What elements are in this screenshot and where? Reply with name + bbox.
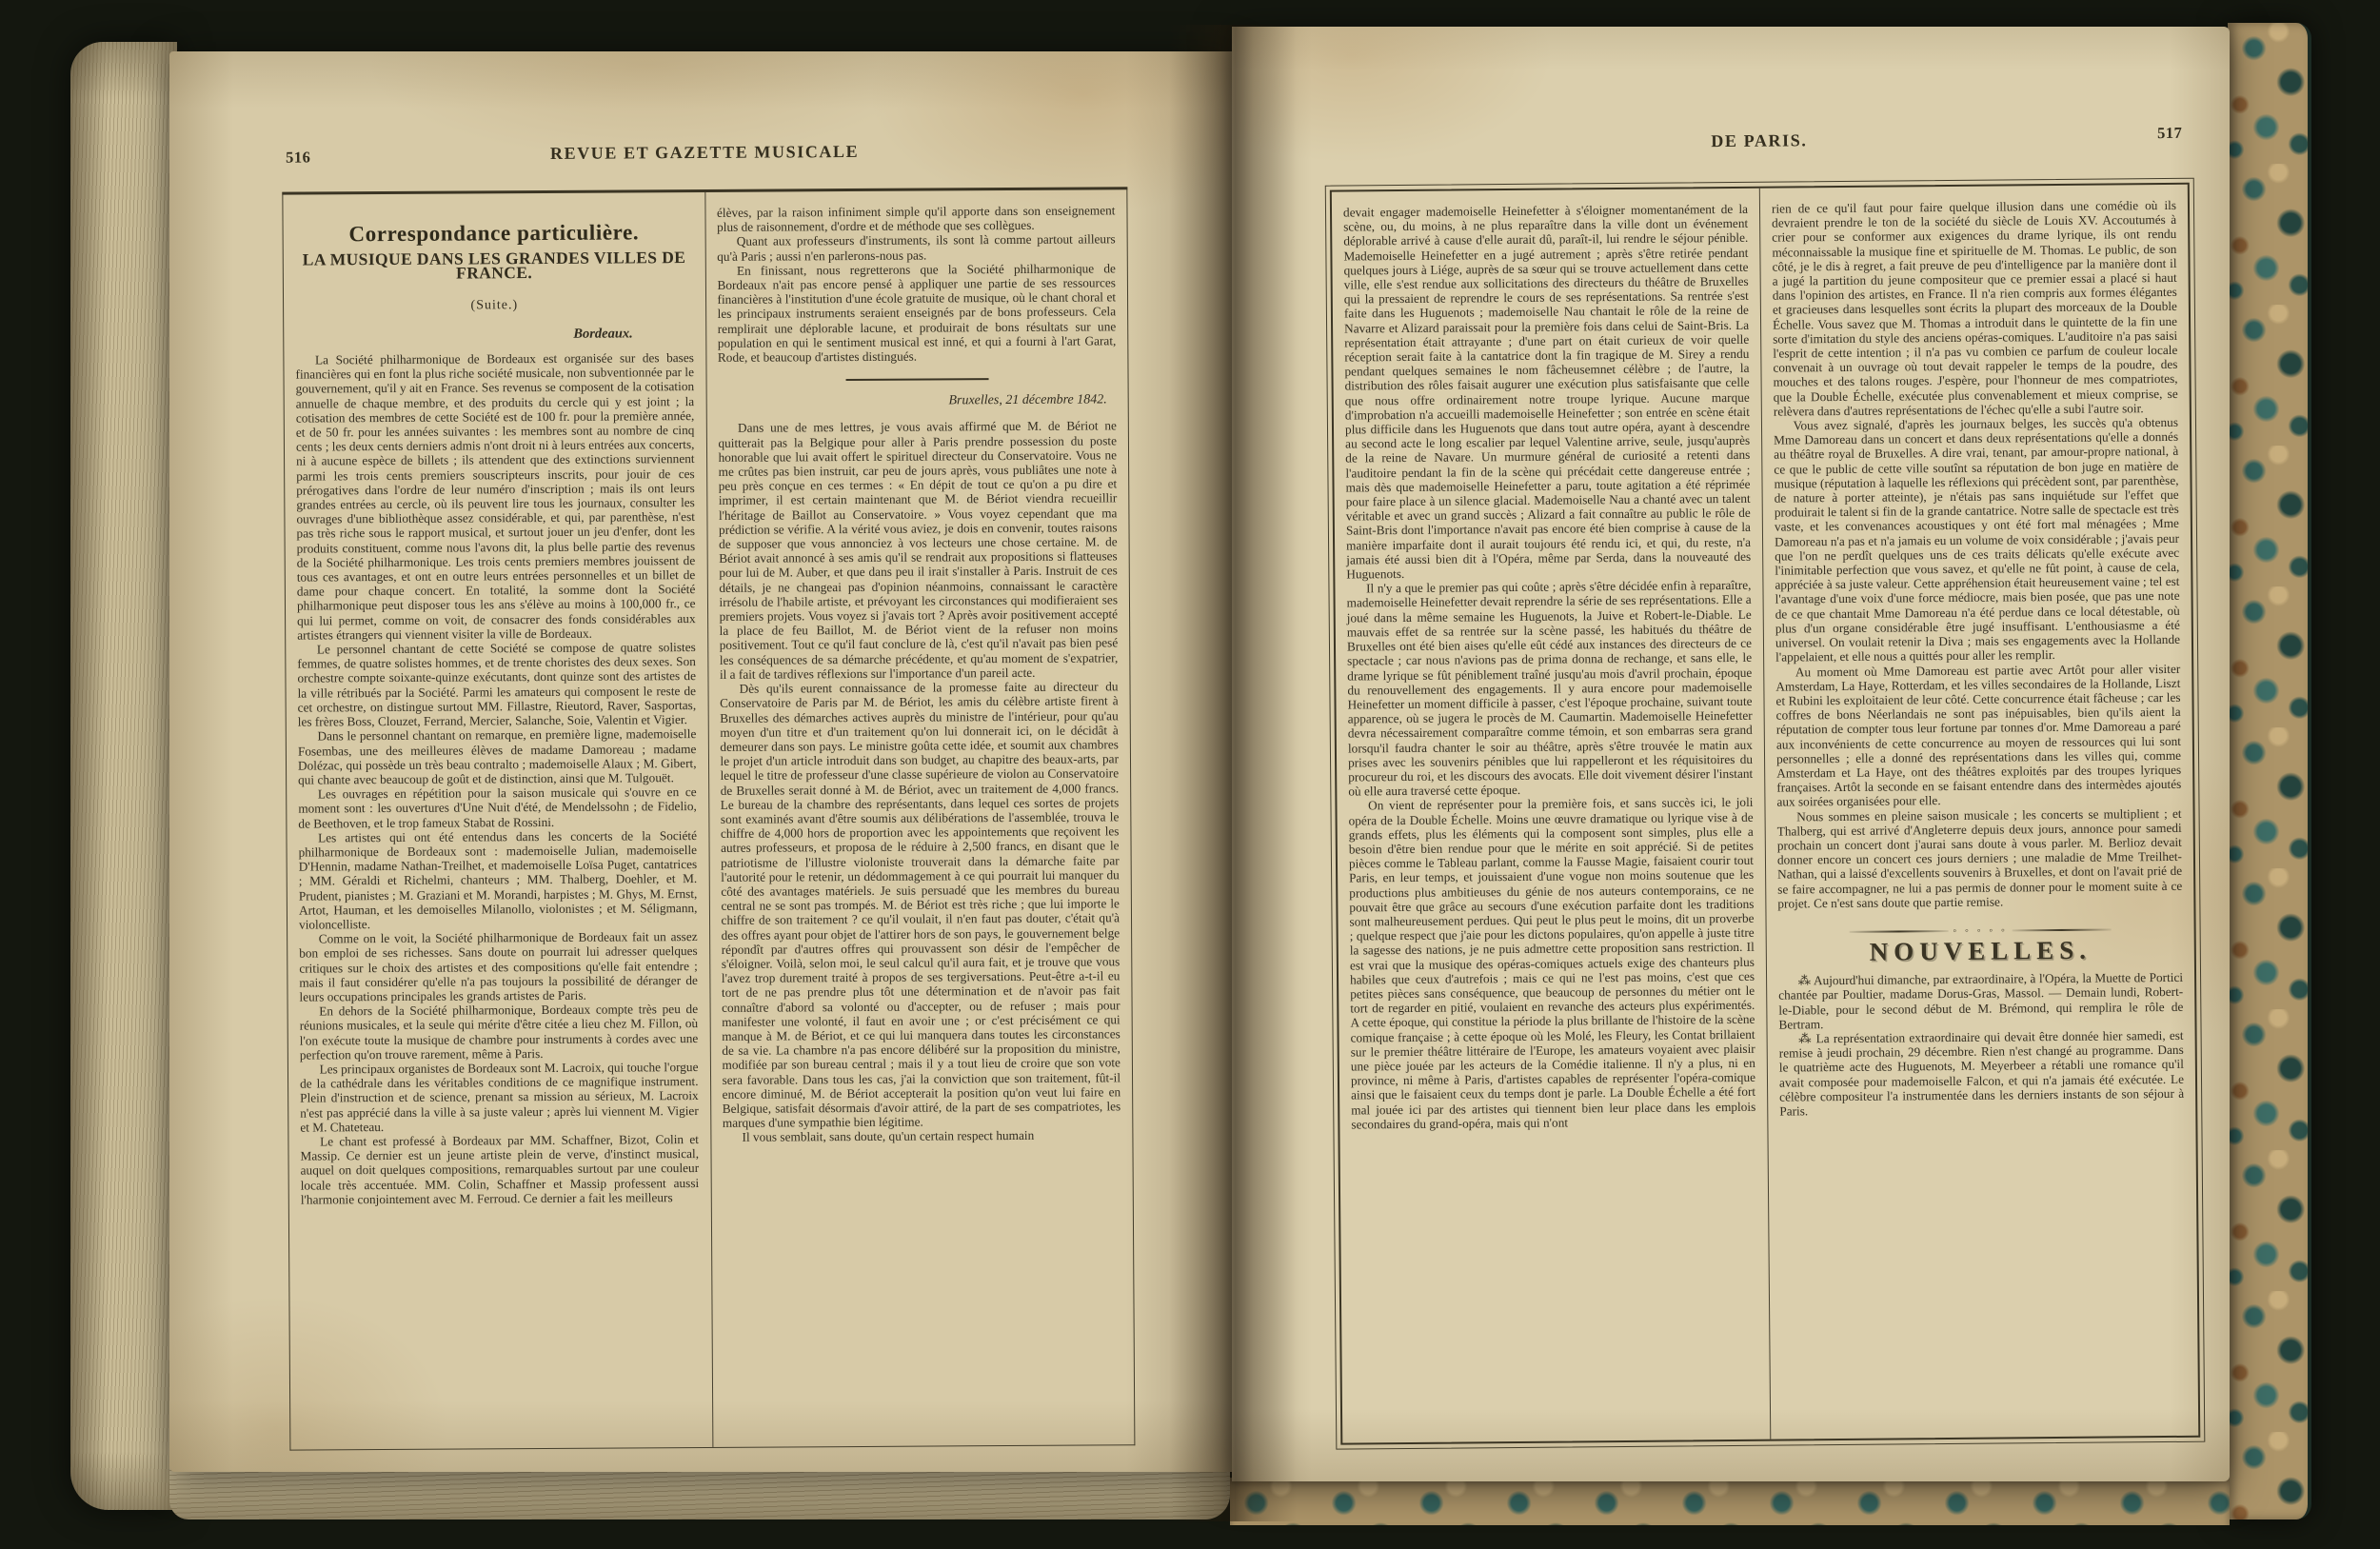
paragraph: devait engager mademoiselle Heinefetter … [1343,202,1751,582]
paragraph: Les principaux organistes de Bordeaux so… [300,1060,699,1135]
news-item: ⁂ La représentation extraordinaire qui d… [1779,1028,2185,1119]
text-column: devait engager mademoiselle Heinefetter … [1332,189,1771,1443]
paragraph: Le personnel chantant de cette Société s… [297,640,696,729]
text-column: Correspondance particulière.LA MUSIQUE D… [283,192,713,1450]
ornament-dots: ◦ ◦ ◦ ◦ ◦ [1953,925,2008,937]
paragraph: Le chant est professé à Bordeaux par MM.… [300,1132,699,1207]
page-stack-fore-edge [70,42,177,1510]
text-frame: devait engager mademoiselle Heinefetter … [1325,178,2206,1450]
paragraph: Il n'y a que le premier pas qui coûte ; … [1346,578,1753,799]
running-title: DE PARIS. [1324,128,2193,155]
paragraph: Comme on le voit, la Société philharmoni… [299,929,698,1004]
paragraph: Au moment où Mme Damoreau est partie ave… [1775,661,2181,809]
suite-note: (Suite.) [295,297,694,314]
column-container: devait engager mademoiselle Heinefetter … [1332,185,2198,1443]
ornament-line [1849,930,1948,933]
right-page: DE PARIS. 517 devait engager mademoisell… [1232,27,2230,1481]
book-spread: 516 REVUE ET GAZETTE MUSICALE Correspond… [0,0,2380,1549]
text-frame: Correspondance particulière.LA MUSIQUE D… [282,187,1135,1450]
section-title: NOUVELLES. [1778,943,2183,961]
dateline: Bruxelles, 21 décembre 1842. [718,393,1117,410]
paragraph: élèves, par la raison infiniment simple … [717,203,1116,234]
separator-rule [845,378,988,381]
paragraph: Il vous semblait, sans doute, qu'un cert… [723,1128,1121,1145]
page-number: 517 [2157,124,2182,143]
paragraph: Les artistes qui ont été entendus dans l… [298,828,697,932]
paragraph: Quant aux professeurs d'instruments, ils… [717,232,1116,264]
paragraph: Nous sommes en pleine saison musicale ; … [1777,805,2183,910]
paragraph: Les ouvrages en répétition pour la saiso… [298,784,697,830]
news-item: ⁂ Aujourd'hui dimanche, par extraordinai… [1778,970,2184,1032]
paragraph: En dehors de la Société philharmonique, … [300,1002,699,1062]
text-column: rien de ce qu'il faut pour faire quelque… [1760,185,2198,1440]
left-page: 516 REVUE ET GAZETTE MUSICALE Correspond… [169,51,1232,1472]
place-dateline: Bordeaux. [295,327,694,344]
paragraph: rien de ce qu'il faut pour faire quelque… [1772,198,2178,419]
paragraph: Dès qu'ils eurent connaissance de la pro… [720,679,1121,1130]
paragraph: On vient de représenter pour la première… [1348,795,1755,1131]
marbled-cover-edge-right [2228,23,2311,1519]
paragraph: La Société philharmonique de Bordeaux es… [295,350,695,643]
ornament-line [2013,929,2112,932]
left-page-content: 516 REVUE ET GAZETTE MUSICALE Correspond… [165,49,1236,1476]
text-column: élèves, par la raison infiniment simple … [705,189,1135,1447]
article-subtitle: LA MUSIQUE DANS LES GRANDES VILLES DE FR… [295,250,694,282]
paragraph: Dans une de mes lettres, je vous avais a… [718,419,1118,682]
right-page-content: DE PARIS. 517 devait engager mademoisell… [1225,22,2235,1485]
article-title: Correspondance particulière. [295,225,694,242]
running-title: REVUE ET GAZETTE MUSICALE [282,140,1127,165]
paragraph: Vous avez signalé, d'après les journaux … [1774,415,2180,665]
marbled-cover-edge-bottom [1230,1478,2230,1525]
paragraph: Dans le personnel chantant on remarque, … [298,726,697,786]
text-frame-inner: devait engager mademoiselle Heinefetter … [1330,183,2200,1445]
column-container: Correspondance particulière.LA MUSIQUE D… [283,189,1134,1449]
paragraph: En finissant, nous regretterons que la S… [717,261,1116,365]
